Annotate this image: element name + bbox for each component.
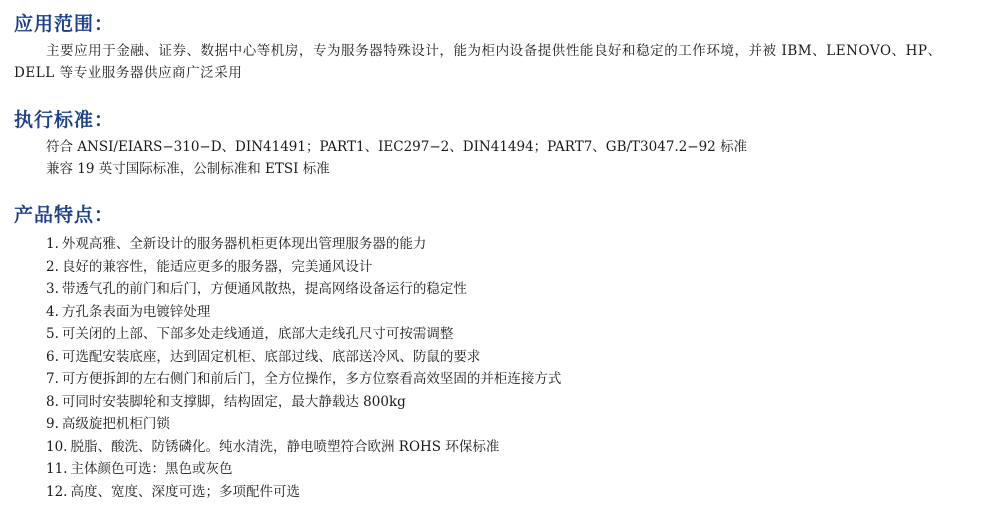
feature-text: 带透气孔的前门和后门，方便通风散热，提高网络设备运行的稳定性 (62, 281, 467, 297)
feature-text: 脱脂、酸洗、防锈磷化。纯水清洗，静电喷塑符合欧洲 ROHS 环保标准 (70, 439, 499, 455)
feature-item: 1.外观高雅、全新设计的服务器机柜更体现出管理服务器的能力 (46, 233, 561, 256)
feature-item: 12.高度、宽度、深度可选；多项配件可选 (46, 481, 561, 504)
feature-number: 1. (46, 236, 59, 252)
feature-number: 9. (46, 416, 59, 432)
feature-item: 5.可关闭的上部、下部多处走线通道，底部大走线孔尺寸可按需调整 (46, 323, 561, 346)
feature-item: 7.可方便拆卸的左右侧门和前后门，全方位操作，多方位察看高效坚固的并柜连接方式 (46, 368, 561, 391)
feature-number: 10. (46, 439, 67, 455)
feature-text: 可选配安装底座，达到固定机柜、底部过线、底部送冷风、防鼠的要求 (62, 349, 481, 365)
feature-item: 6.可选配安装底座，达到固定机柜、底部过线、底部送冷风、防鼠的要求 (46, 346, 561, 369)
feature-text: 可方便拆卸的左右侧门和前后门，全方位操作，多方位察看高效坚固的并柜连接方式 (62, 371, 562, 387)
feature-number: 11. (46, 461, 67, 477)
application-scope-text: 主要应用于金融、证券、数据中心等机房，专为服务器特殊设计，能为柜内设备提供性能良… (14, 40, 979, 84)
feature-number: 8. (46, 394, 59, 410)
standards-heading: 执行标准： (14, 108, 114, 132)
feature-number: 5. (46, 326, 59, 342)
standards-line-2: 兼容 19 英寸国际标准，公制标准和 ETSI 标准 (46, 158, 330, 180)
feature-number: 6. (46, 349, 59, 365)
feature-text: 可同时安装脚轮和支撑脚，结构固定，最大静载达 800kg (62, 394, 406, 410)
feature-item: 10.脱脂、酸洗、防锈磷化。纯水清洗，静电喷塑符合欧洲 ROHS 环保标准 (46, 436, 561, 459)
feature-item: 2.良好的兼容性，能适应更多的服务器，完美通风设计 (46, 256, 561, 279)
feature-item: 8.可同时安装脚轮和支撑脚，结构固定，最大静载达 800kg (46, 391, 561, 414)
feature-number: 2. (46, 259, 59, 275)
feature-text: 主体颜色可选：黑色或灰色 (70, 461, 232, 477)
feature-text: 高级旋把机柜门锁 (62, 416, 170, 432)
features-list: 1.外观高雅、全新设计的服务器机柜更体现出管理服务器的能力 2.良好的兼容性，能… (46, 233, 561, 503)
feature-text: 良好的兼容性，能适应更多的服务器，完美通风设计 (62, 259, 373, 275)
feature-item: 4.方孔条表面为电镀锌处理 (46, 301, 561, 324)
feature-number: 4. (46, 304, 59, 320)
feature-text: 外观高雅、全新设计的服务器机柜更体现出管理服务器的能力 (62, 236, 427, 252)
feature-text: 可关闭的上部、下部多处走线通道，底部大走线孔尺寸可按需调整 (62, 326, 454, 342)
standards-line-1: 符合 ANSI/EIARS−310−D、DIN41491；PART1、IEC29… (46, 136, 747, 158)
feature-item: 3.带透气孔的前门和后门，方便通风散热，提高网络设备运行的稳定性 (46, 278, 561, 301)
feature-item: 11.主体颜色可选：黑色或灰色 (46, 458, 561, 481)
feature-item: 9.高级旋把机柜门锁 (46, 413, 561, 436)
feature-number: 7. (46, 371, 59, 387)
feature-number: 12. (46, 484, 67, 500)
feature-number: 3. (46, 281, 59, 297)
application-scope-heading: 应用范围： (14, 12, 114, 36)
feature-text: 方孔条表面为电镀锌处理 (62, 304, 211, 320)
feature-text: 高度、宽度、深度可选；多项配件可选 (70, 484, 300, 500)
features-heading: 产品特点： (14, 203, 114, 227)
